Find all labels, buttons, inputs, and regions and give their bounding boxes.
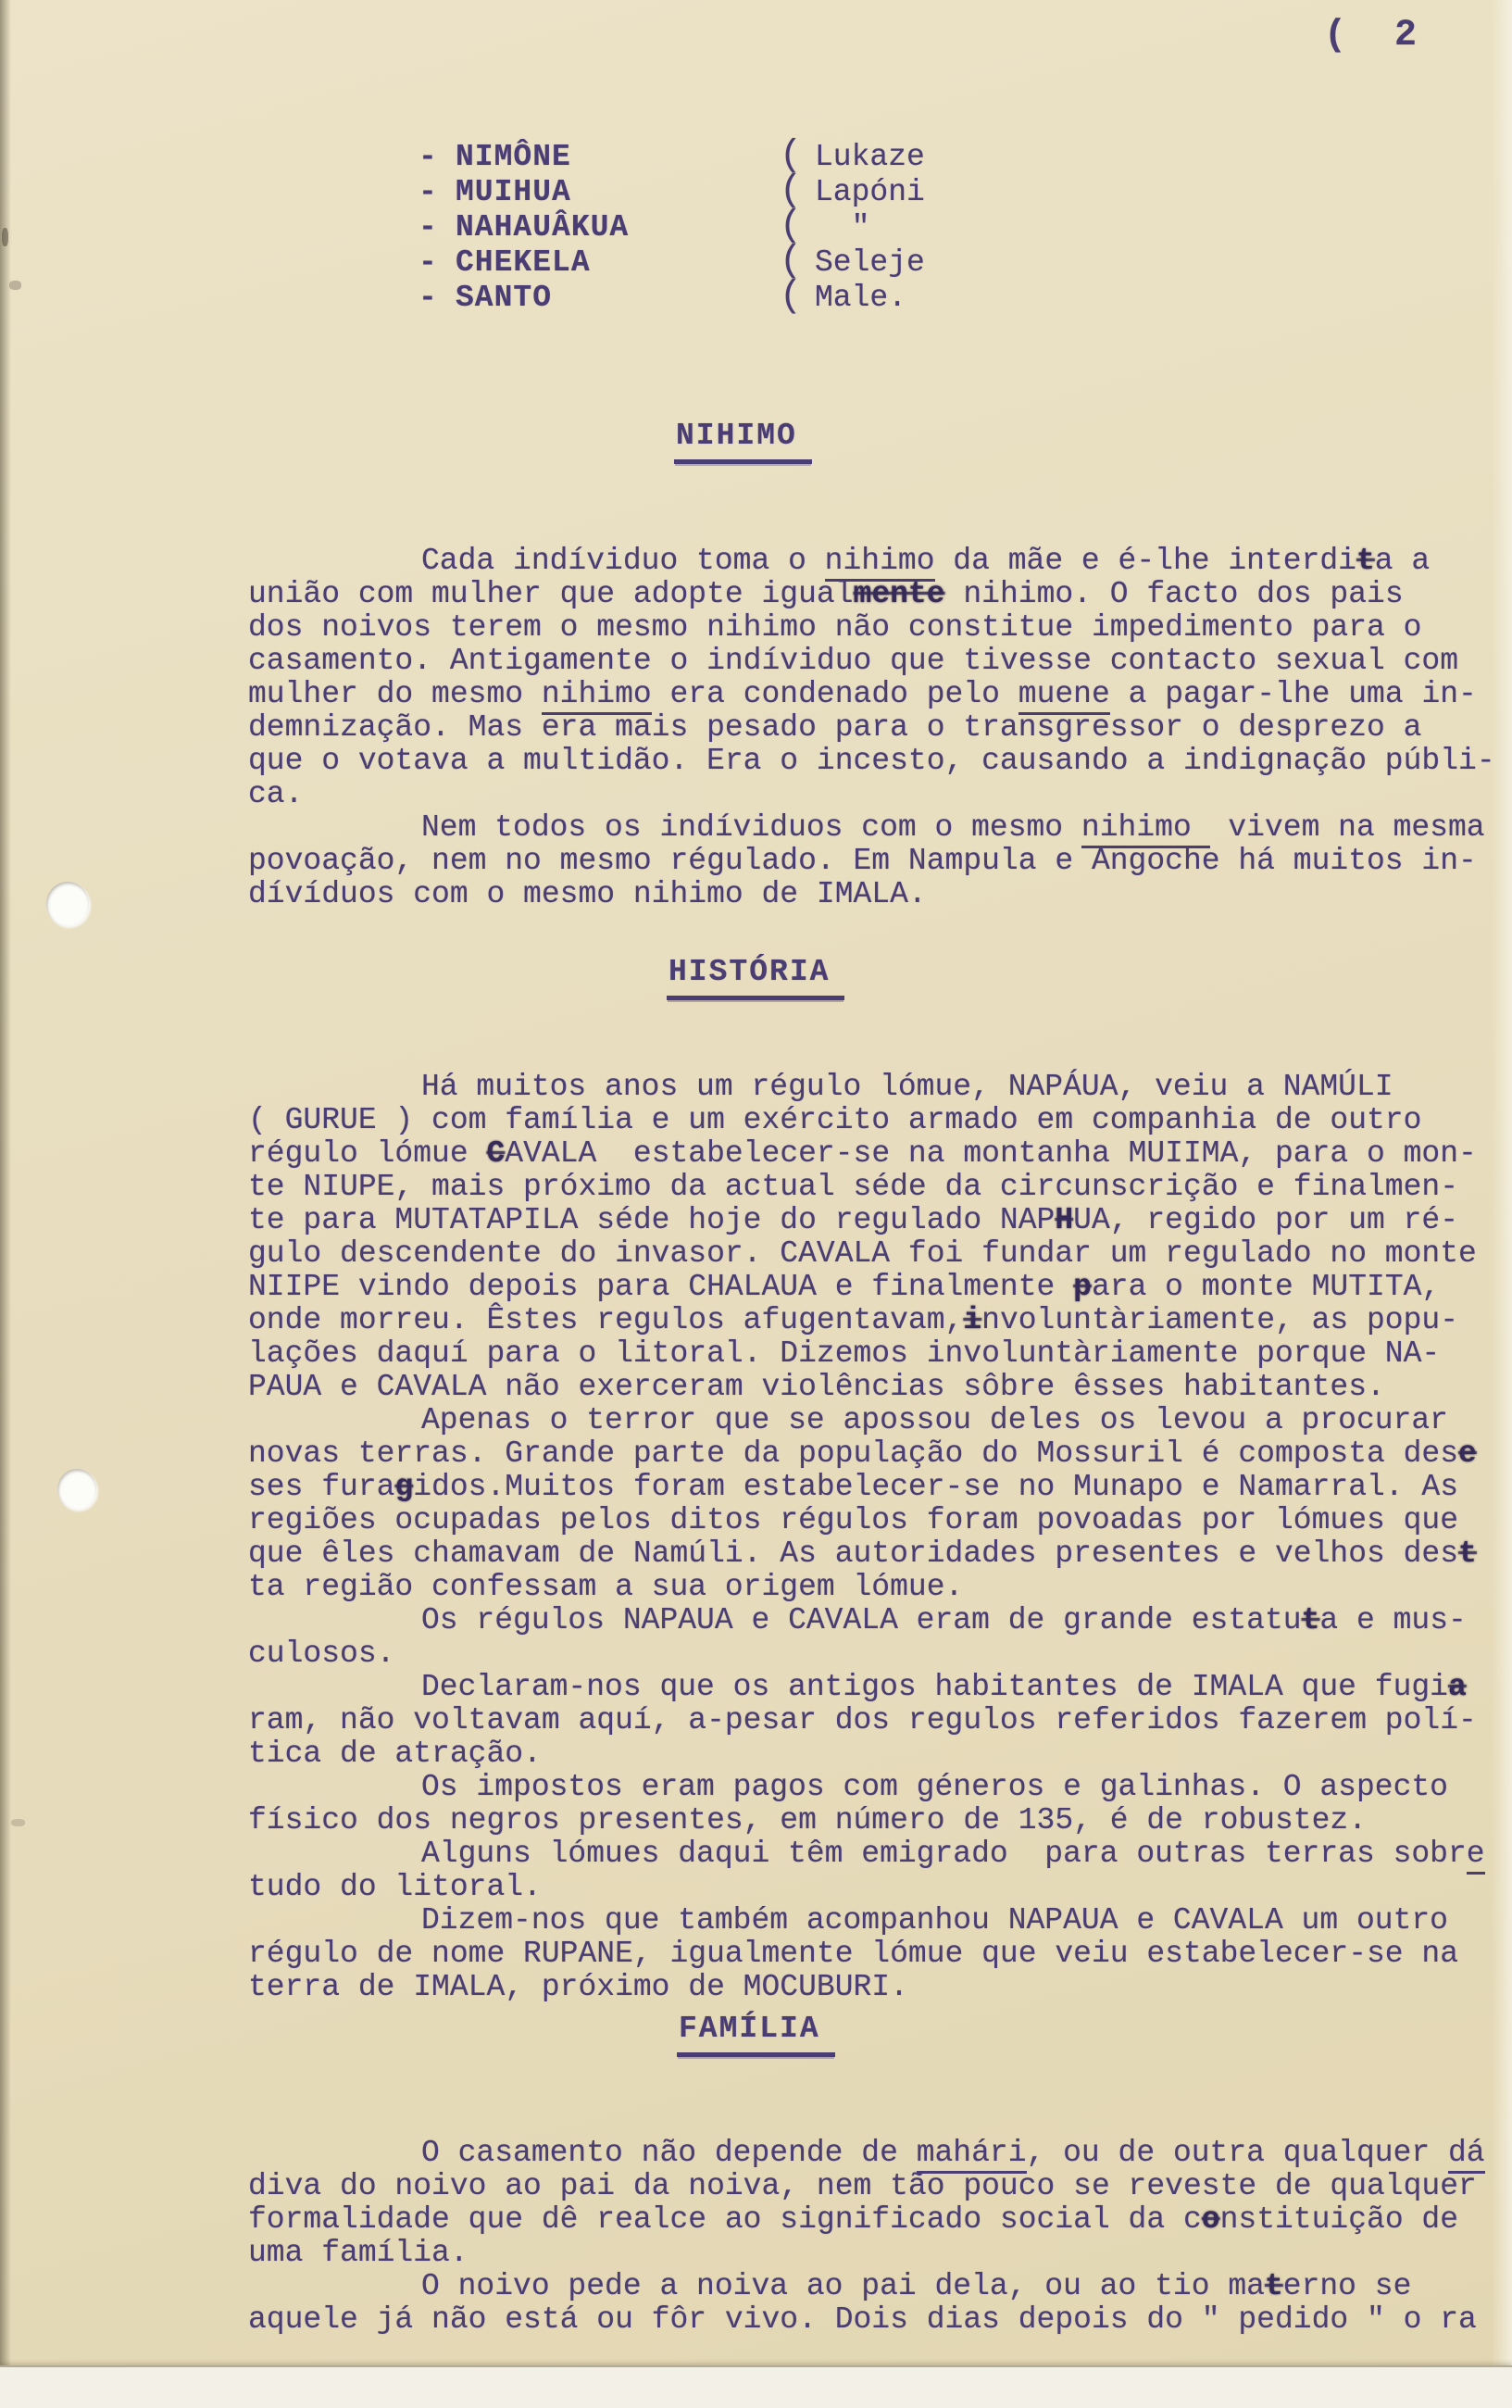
- text-line: casamento. Antigamente o indíviduo que t…: [248, 645, 1489, 678]
- section-heading-familia: FAMÍLIA: [677, 2012, 1489, 2057]
- text-line: tudo do litoral.: [248, 1871, 1489, 1904]
- text-run: diva do noivo ao pai da noiva, nem tão p…: [248, 2169, 1477, 2203]
- text-line: onde morreu. Êstes regulos afugentavam,i…: [248, 1304, 1489, 1337]
- section-title: HISTÓRIA: [667, 955, 844, 1000]
- text-run: dos noivos terem o mesmo nihimo não cons…: [248, 610, 1421, 645]
- text-run: novas terras. Grande parte da população …: [248, 1436, 1458, 1471]
- text-run: nstituição de: [1220, 2202, 1458, 2237]
- overstruck-text: C: [486, 1136, 505, 1171]
- overstruck-text: e: [1458, 1436, 1477, 1471]
- overstruck-text: t: [1302, 1603, 1320, 1637]
- paragraph: Nem todos os indíviduos com o mesmo nihi…: [248, 811, 1489, 911]
- underlined-word: mahári: [917, 2136, 1027, 2174]
- text-line: culosos.: [248, 1637, 1489, 1671]
- underlined-word: dá: [1448, 2136, 1485, 2174]
- text-run: Dizem-nos que também acompanhou NAPAUA e…: [421, 1903, 1448, 1938]
- text-run: Declaram-nos que os antigos habitantes d…: [421, 1670, 1448, 1704]
- text-line: terra de IMALA, próximo de MOCUBURI.: [248, 1971, 1489, 2004]
- text-line: lações daquí para o litoral. Dizemos inv…: [248, 1337, 1489, 1371]
- text-run: casamento. Antigamente o indíviduo que t…: [248, 644, 1458, 678]
- paragraph: O noivo pede a noiva ao pai dela, ou ao …: [248, 2270, 1489, 2337]
- text-run: nihimo. O facto dos pais: [945, 577, 1404, 611]
- text-run: UA, regido por um ré-: [1073, 1203, 1458, 1237]
- text-line: físico dos negros presentes, em número d…: [248, 1804, 1489, 1837]
- text-run: Os impostos eram pagos com géneros e gal…: [421, 1770, 1448, 1804]
- text-line: te NIUPE, mais próximo da actual séde da…: [248, 1171, 1489, 1204]
- text-run: tudo do litoral.: [248, 1870, 542, 1904]
- overstruck-text: a: [1448, 1670, 1467, 1704]
- text-run: povoação, nem no mesmo régulado. Em Namp…: [248, 844, 1477, 878]
- text-run: demnização. Mas era mais pesado para o t…: [248, 710, 1421, 745]
- text-run: ses fura: [248, 1470, 394, 1504]
- section-nihimo: NIHIMOCada indíviduo toma o nihimo da mã…: [248, 419, 1489, 911]
- text-run: Cada indíviduo toma o: [421, 544, 825, 578]
- page-left-edge-shadow: [0, 0, 11, 2408]
- text-run: te para MUTATAPILA séde hoje do regulado…: [248, 1203, 1055, 1237]
- hole-punch: [57, 1469, 96, 1510]
- text-run: que o votava a multidão. Era o incesto, …: [248, 744, 1495, 778]
- text-run: da mãe e é-lhe interdi: [935, 544, 1356, 578]
- text-line: formalidade que dê realce ao significado…: [248, 2203, 1489, 2237]
- text-line: aquele já não está ou fôr vivo. Dois dia…: [248, 2303, 1489, 2337]
- text-run: AVALA estabelecer-se na montanha MUIIMA,…: [505, 1136, 1477, 1171]
- section-familia: FAMÍLIAO casamento não depende de mahári…: [248, 2012, 1489, 2337]
- text-line: Cada indíviduo toma o nihimo da mãe e é-…: [248, 545, 1489, 578]
- text-run: a e mus-: [1319, 1603, 1466, 1637]
- text-run: vivem na mesma: [1210, 810, 1485, 845]
- overstruck-text: t: [1265, 2269, 1283, 2303]
- paragraph: Alguns lómues daqui têm emigrado para ou…: [248, 1837, 1489, 1904]
- text-run: aquele já não está ou fôr vivo. Dois dia…: [248, 2302, 1477, 2337]
- text-run: culosos.: [248, 1637, 394, 1671]
- underlined-word: nihimo: [542, 677, 652, 715]
- text-run: lações daquí para o litoral. Dizemos inv…: [248, 1336, 1440, 1371]
- text-run: te NIUPE, mais próximo da actual séde da…: [248, 1170, 1458, 1204]
- text-run: ta região confessam a sua origem lómue.: [248, 1570, 963, 1604]
- text-run: a pagar-lhe uma in-: [1110, 677, 1477, 711]
- text-line: ( GURUE ) com família e um exército arma…: [248, 1104, 1489, 1137]
- text-line: ca.: [248, 778, 1489, 811]
- text-run: físico dos negros presentes, em número d…: [248, 1803, 1367, 1837]
- page-right-edge: [1492, 0, 1512, 2408]
- text-run: onde morreu. Êstes regulos afugentavam,: [248, 1303, 963, 1337]
- document-body: NIHIMOCada indíviduo toma o nihimo da mã…: [248, 0, 1489, 2337]
- text-line: demnização. Mas era mais pesado para o t…: [248, 711, 1489, 745]
- text-line: régulo de nome RUPANE, igualmente lómue …: [248, 1938, 1489, 1971]
- text-run: Apenas o terror que se apossou deles os …: [421, 1403, 1448, 1437]
- text-line: diva do noivo ao pai da noiva, nem tão p…: [248, 2170, 1489, 2203]
- underlined-word: e: [1467, 1837, 1485, 1875]
- text-line: regiões ocupadas pelos ditos régulos for…: [248, 1504, 1489, 1537]
- paragraph: Os impostos eram pagos com géneros e gal…: [248, 1771, 1489, 1837]
- text-run: era condenado pelo: [652, 677, 1018, 711]
- section-historia: HISTÓRIAHá muitos anos um régulo lómue, …: [248, 955, 1489, 2004]
- text-run: ara o monte MUTITA,: [1092, 1270, 1440, 1304]
- scanned-page: ( 2 -NIMÔNE(Lukaze-MUIHUA(Lapóni-NAHAUÂK…: [0, 0, 1512, 2408]
- text-line: O casamento não depende de mahári, ou de…: [248, 2137, 1489, 2170]
- overstruck-text: H: [1055, 1203, 1073, 1237]
- text-run: Os régulos NAPAUA e CAVALA eram de grand…: [421, 1603, 1302, 1637]
- text-line: ram, não voltavam aquí, a-pesar dos regu…: [248, 1704, 1489, 1737]
- text-line: novas terras. Grande parte da população …: [248, 1437, 1489, 1471]
- text-line: ta região confessam a sua origem lómue.: [248, 1571, 1489, 1604]
- paragraph: Cada indíviduo toma o nihimo da mãe e é-…: [248, 545, 1489, 811]
- text-line: gulo descendente do invasor. CAVALA foi …: [248, 1237, 1489, 1271]
- text-line: Nem todos os indíviduos com o mesmo nihi…: [248, 811, 1489, 845]
- text-line: povoação, nem no mesmo régulado. Em Namp…: [248, 845, 1489, 878]
- text-run: , ou de outra qualquer: [1027, 2136, 1448, 2170]
- text-run: terra de IMALA, próximo de MOCUBURI.: [248, 1970, 908, 2004]
- section-heading-nihimo: NIHIMO: [674, 419, 1489, 464]
- text-run: Há muitos anos um régulo lómue, NAPÁUA, …: [421, 1070, 1393, 1104]
- text-run: formalidade que dê realce ao significado…: [248, 2202, 1202, 2237]
- text-line: PAUA e CAVALA não exerceram violências s…: [248, 1371, 1489, 1404]
- text-run: nvoluntàriamente, as popu-: [981, 1303, 1458, 1337]
- paragraph: Há muitos anos um régulo lómue, NAPÁUA, …: [248, 1071, 1489, 1404]
- page-bottom-edge: [0, 2365, 1512, 2408]
- paragraph: Declaram-nos que os antigos habitantes d…: [248, 1671, 1489, 1771]
- overstruck-text: g: [394, 1470, 413, 1504]
- ink-smudge: [2, 228, 8, 246]
- text-run: Nem todos os indíviduos com o mesmo: [421, 810, 1081, 845]
- overstruck-text: mente: [854, 577, 945, 611]
- text-run: idos.Muitos foram estabelecer-se no Muna…: [413, 1470, 1458, 1504]
- paragraph: Dizem-nos que também acompanhou NAPAUA e…: [248, 1904, 1489, 2004]
- overstruck-text: i: [963, 1303, 981, 1337]
- section-title: FAMÍLIA: [677, 2012, 835, 2057]
- text-line: união com mulher que adopte igualmente n…: [248, 578, 1489, 611]
- text-run: dívíduos com o mesmo nihimo de IMALA.: [248, 877, 927, 911]
- text-line: que o votava a multidão. Era o incesto, …: [248, 745, 1489, 778]
- underlined-word: nihimo: [1081, 810, 1210, 848]
- text-line: uma família.: [248, 2237, 1489, 2270]
- section-heading-historia: HISTÓRIA: [667, 955, 1489, 1000]
- text-run: NIIPE vindo depois para CHALAUA e finalm…: [248, 1270, 1073, 1304]
- text-line: dos noivos terem o mesmo nihimo não cons…: [248, 611, 1489, 645]
- overstruck-text: p: [1073, 1270, 1092, 1304]
- text-run: mulher do mesmo: [248, 677, 542, 711]
- text-run: O casamento não depende de: [421, 2136, 917, 2170]
- underlined-word: nihimo: [825, 544, 935, 582]
- hole-punch: [46, 882, 89, 926]
- text-run: O noivo pede a noiva ao pai dela, ou ao …: [421, 2269, 1265, 2303]
- text-line: Os régulos NAPAUA e CAVALA eram de grand…: [248, 1604, 1489, 1637]
- ink-smudge: [11, 1819, 25, 1826]
- text-line: régulo lómue CAVALA estabelecer-se na mo…: [248, 1137, 1489, 1171]
- text-line: mulher do mesmo nihimo era condenado pel…: [248, 678, 1489, 711]
- text-run: erno se: [1283, 2269, 1412, 2303]
- paragraph: Os régulos NAPAUA e CAVALA eram de grand…: [248, 1604, 1489, 1671]
- text-run: tica de atração.: [248, 1737, 542, 1771]
- ink-smudge: [9, 281, 21, 290]
- text-run: régulo lómue: [248, 1136, 486, 1171]
- paragraph: Apenas o terror que se apossou deles os …: [248, 1404, 1489, 1604]
- text-run: régulo de nome RUPANE, igualmente lómue …: [248, 1937, 1458, 1971]
- overstruck-text: t: [1458, 1536, 1477, 1571]
- text-run: Alguns lómues daqui têm emigrado para ou…: [421, 1837, 1467, 1871]
- text-line: NIIPE vindo depois para CHALAUA e finalm…: [248, 1271, 1489, 1304]
- text-line: Há muitos anos um régulo lómue, NAPÁUA, …: [248, 1071, 1489, 1104]
- paragraph: O casamento não depende de mahári, ou de…: [248, 2137, 1489, 2270]
- text-line: Declaram-nos que os antigos habitantes d…: [248, 1671, 1489, 1704]
- text-run: ( GURUE ) com família e um exército arma…: [248, 1103, 1421, 1137]
- text-line: tica de atração.: [248, 1737, 1489, 1771]
- text-line: Os impostos eram pagos com géneros e gal…: [248, 1771, 1489, 1804]
- overstruck-text: t: [1356, 544, 1375, 578]
- text-line: te para MUTATAPILA séde hoje do regulado…: [248, 1204, 1489, 1237]
- text-line: ses furagidos.Muitos foram estabelecer-s…: [248, 1471, 1489, 1504]
- text-run: PAUA e CAVALA não exerceram violências s…: [248, 1370, 1385, 1404]
- text-line: O noivo pede a noiva ao pai dela, ou ao …: [248, 2270, 1489, 2303]
- underlined-word: muene: [1018, 677, 1110, 715]
- text-run: a a: [1375, 544, 1430, 578]
- text-run: uma família.: [248, 2236, 469, 2270]
- text-line: que êles chamavam de Namúli. As autorida…: [248, 1537, 1489, 1571]
- text-line: dívíduos com o mesmo nihimo de IMALA.: [248, 878, 1489, 911]
- text-run: regiões ocupadas pelos ditos régulos for…: [248, 1503, 1458, 1537]
- text-run: que êles chamavam de Namúli. As autorida…: [248, 1536, 1458, 1571]
- text-line: Dizem-nos que também acompanhou NAPAUA e…: [248, 1904, 1489, 1938]
- text-run: união com mulher que adopte igual: [248, 577, 854, 611]
- text-run: gulo descendente do invasor. CAVALA foi …: [248, 1236, 1477, 1271]
- overstruck-text: o: [1202, 2202, 1220, 2237]
- text-line: Apenas o terror que se apossou deles os …: [248, 1404, 1489, 1437]
- text-line: Alguns lómues daqui têm emigrado para ou…: [248, 1837, 1489, 1871]
- section-title: NIHIMO: [674, 419, 812, 464]
- text-run: ram, não voltavam aquí, a-pesar dos regu…: [248, 1703, 1477, 1737]
- text-run: ca.: [248, 777, 303, 811]
